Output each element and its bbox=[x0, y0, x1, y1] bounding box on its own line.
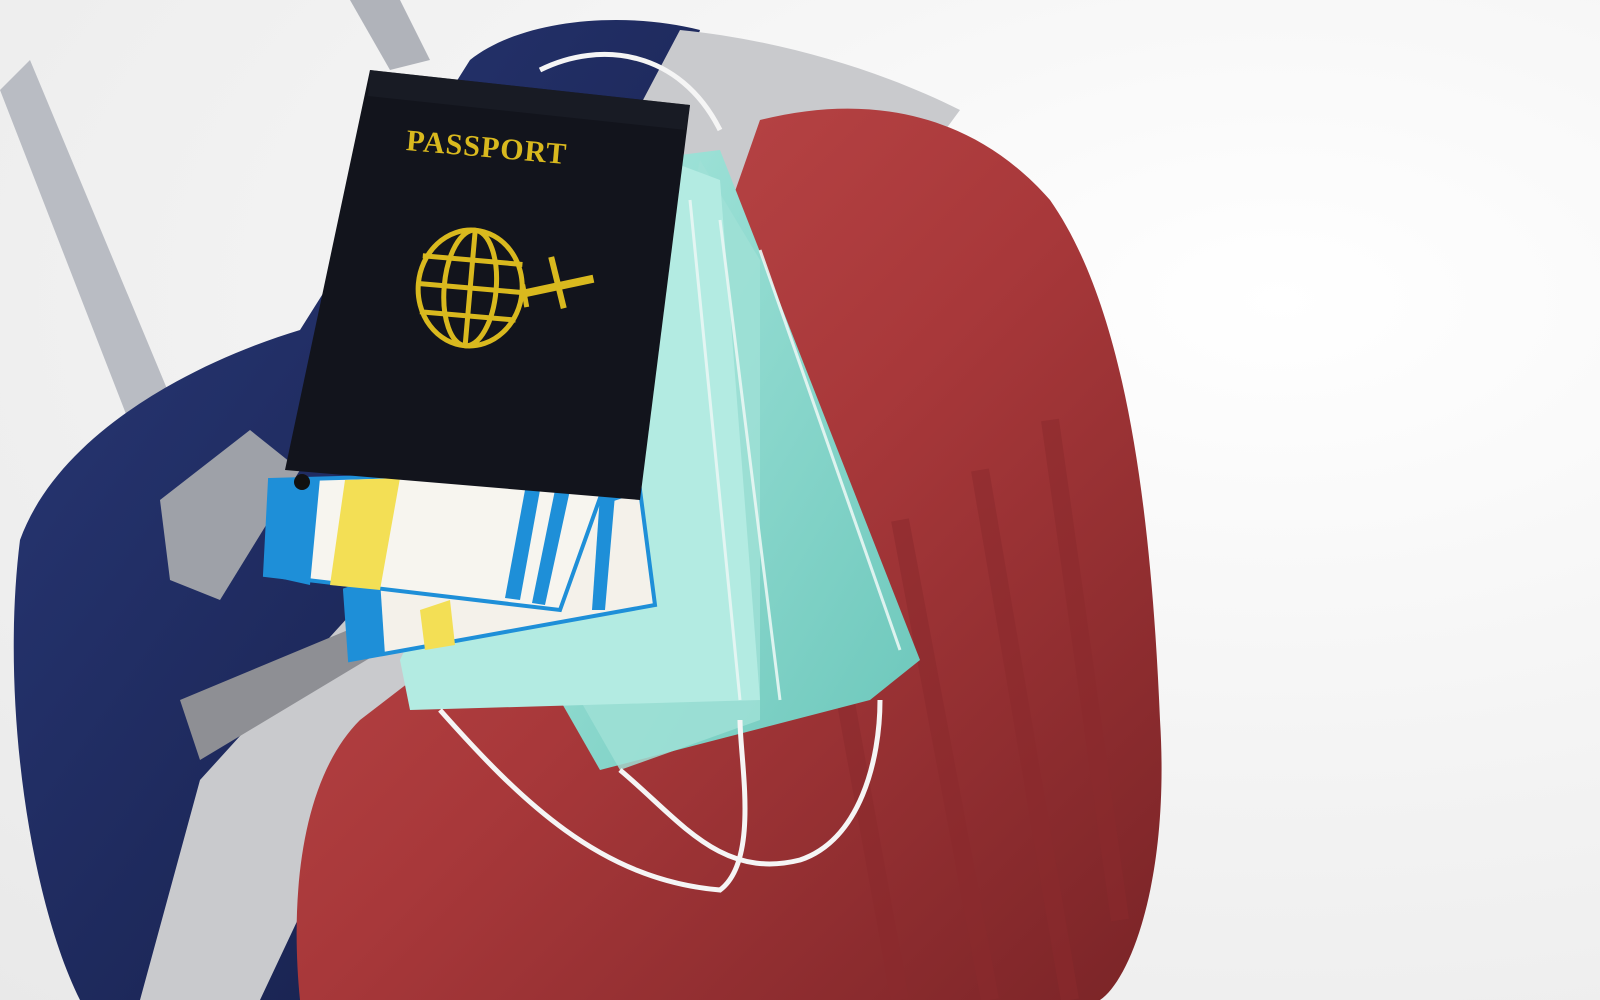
passport: PASSPORT bbox=[285, 70, 690, 500]
suitcase-illustration: PASSPORT bbox=[0, 0, 1600, 1000]
travel-photo: PASSPORT bbox=[0, 0, 1600, 1000]
